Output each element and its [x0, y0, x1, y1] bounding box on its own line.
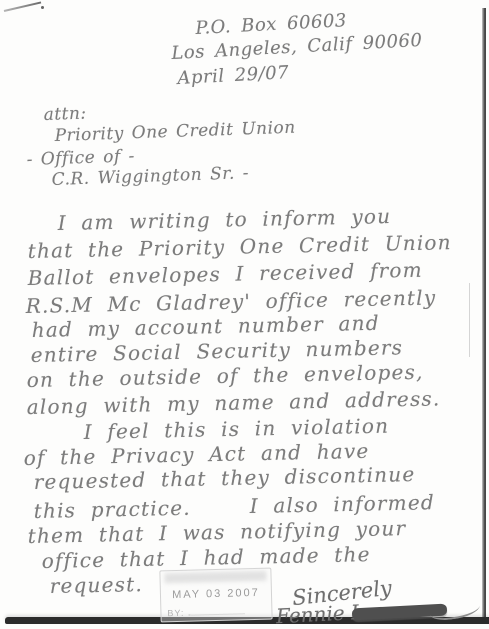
- letter-date: April 29/07: [177, 62, 290, 89]
- body-line: I am writing to inform you: [57, 204, 391, 235]
- recipient-org: Priority One Credit Union: [54, 118, 296, 146]
- stamp-by-label: BY:: [167, 606, 244, 618]
- scan-edge-right: [482, 8, 486, 618]
- stamp-by-text: BY:: [167, 608, 184, 618]
- attn-label: attn:: [43, 104, 87, 125]
- stray-pen-mark: [4, 1, 41, 11]
- received-stamp: MAY 03 2007 BY:: [159, 568, 272, 623]
- body-line: this practice.: [33, 496, 191, 523]
- scanned-letter-page: P.O. Box 60603 Los Angeles, Calif 90060 …: [0, 0, 489, 629]
- body-line: Ballot envelopes I received from: [27, 258, 423, 290]
- stamp-faint-header: [164, 571, 266, 584]
- body-line: request.: [49, 572, 143, 598]
- stray-pen-dot: [41, 6, 44, 9]
- stamp-date: MAY 03 2007: [161, 587, 271, 602]
- scan-faint-line: [469, 283, 470, 357]
- body-line: I also informed: [249, 490, 435, 518]
- stamp-by-dotted-line: [188, 612, 244, 615]
- recipient-office: - Office of -: [26, 146, 135, 170]
